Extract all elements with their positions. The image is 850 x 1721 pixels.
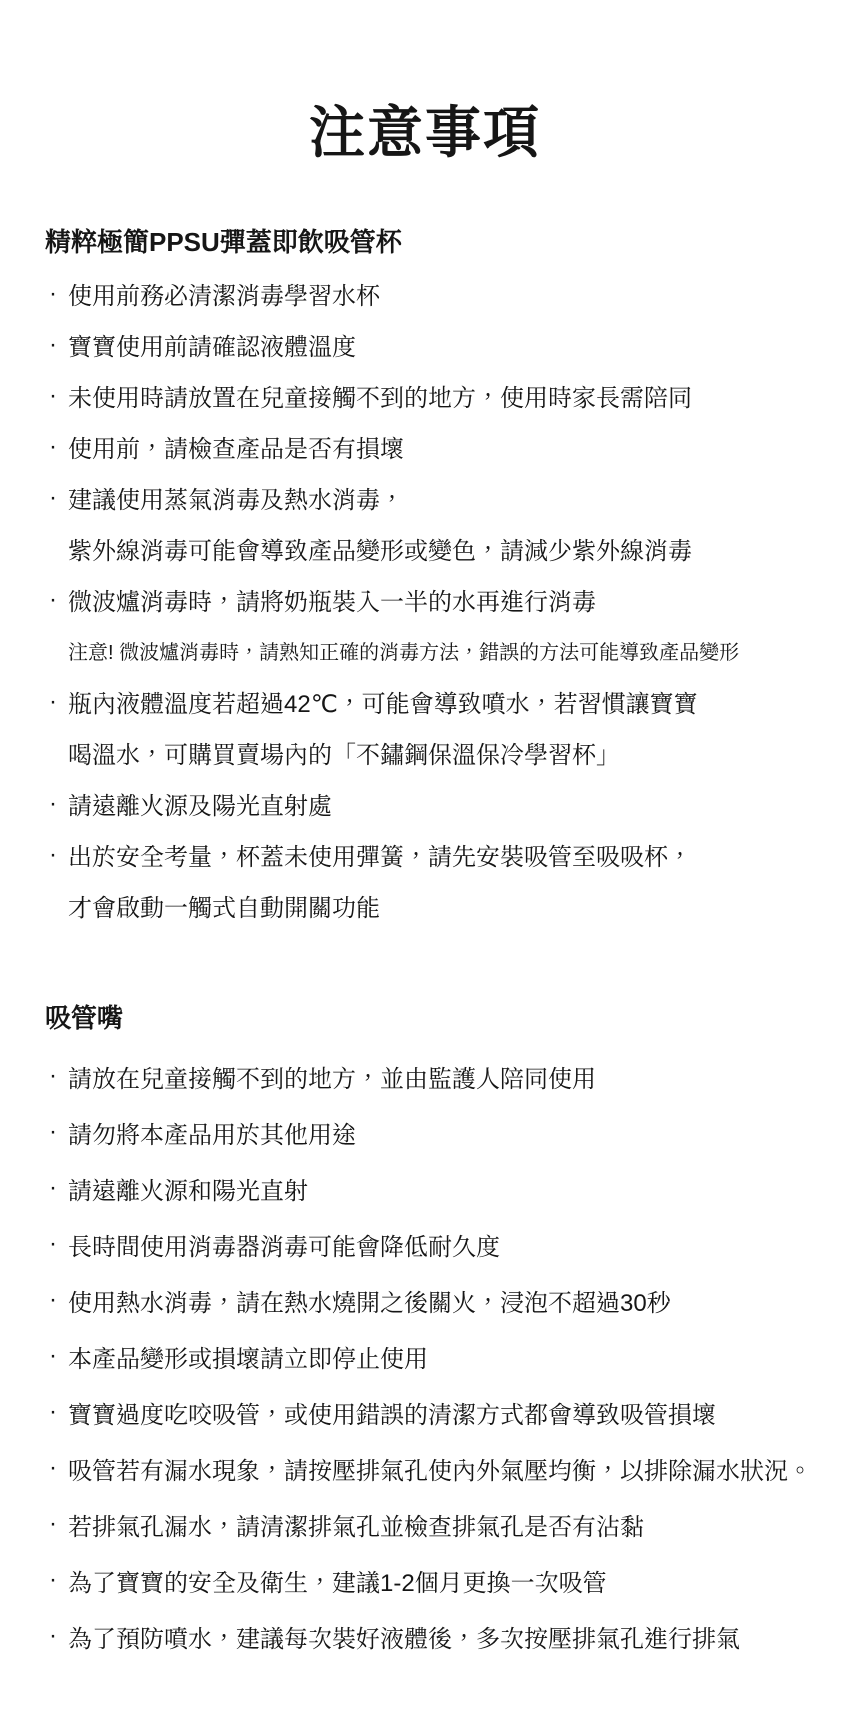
notice-text: 未使用時請放置在兒童接觸不到的地方，使用時家長需陪同 xyxy=(68,378,692,413)
notice-line: · 請勿將本產品用於其他用途 xyxy=(0,1104,850,1160)
notice-text: 寶寶使用前請確認液體溫度 xyxy=(68,327,356,362)
notice-text: 本產品變形或損壞請立即停止使用 xyxy=(68,1339,428,1374)
bullet-dot-icon: · xyxy=(45,1120,68,1144)
notice-line: · 請遠離火源和陽光直射 xyxy=(0,1160,850,1216)
notice-text: 使用熱水消毒，請在熱水燒開之後關火，浸泡不超過30秒 xyxy=(68,1283,671,1318)
notice-line: · 未使用時請放置在兒童接觸不到的地方，使用時家長需陪同 xyxy=(0,370,850,421)
notice-line: · 使用熱水消毒，請在熱水燒開之後關火，浸泡不超過30秒 xyxy=(0,1272,850,1328)
notice-text: 長時間使用消毒器消毒可能會降低耐久度 xyxy=(68,1227,500,1262)
bullet-dot-icon: · xyxy=(45,1232,68,1256)
notice-line: · 微波爐消毒時，請將奶瓶裝入一半的水再進行消毒 xyxy=(0,574,850,625)
sections-container: 精粹極簡PPSU彈蓋即飲吸管杯 · 使用前務必清潔消毒學習水杯 · 寶寶使用前請… xyxy=(0,226,850,1664)
bullet-dot-icon: · xyxy=(45,843,68,867)
notice-text: 請勿將本產品用於其他用途 xyxy=(68,1115,356,1150)
notice-line: · 為了預防噴水，建議每次裝好液體後，多次按壓排氣孔進行排氣 xyxy=(0,1608,850,1664)
notice-line: 喝溫水，可購買賣場內的「不鏽鋼保溫保冷學習杯」 xyxy=(0,727,850,778)
notice-section: 精粹極簡PPSU彈蓋即飲吸管杯 · 使用前務必清潔消毒學習水杯 · 寶寶使用前請… xyxy=(0,226,850,931)
notice-line: · 出於安全考量，杯蓋未使用彈簧，請先安裝吸管至吸吸杯， xyxy=(0,829,850,880)
notice-line: · 使用前，請檢查產品是否有損壞 xyxy=(0,421,850,472)
notice-text: 出於安全考量，杯蓋未使用彈簧，請先安裝吸管至吸吸杯， xyxy=(68,837,692,872)
notice-text: 請放在兒童接觸不到的地方，並由監護人陪同使用 xyxy=(68,1059,596,1094)
bullet-dot-icon: · xyxy=(45,792,68,816)
section-heading: 精粹極簡PPSU彈蓋即飲吸管杯 xyxy=(0,226,850,258)
notice-line: · 請放在兒童接觸不到的地方，並由監護人陪同使用 xyxy=(0,1048,850,1104)
notice-text: 寶寶過度吃咬吸管，或使用錯誤的清潔方式都會導致吸管損壞 xyxy=(68,1395,716,1430)
notice-text: 請遠離火源和陽光直射 xyxy=(68,1171,308,1206)
notice-text: 喝溫水，可購買賣場內的「不鏽鋼保溫保冷學習杯」 xyxy=(68,735,620,770)
bullet-dot-icon: · xyxy=(45,1288,68,1312)
notice-line: · 吸管若有漏水現象，請按壓排氣孔使內外氣壓均衡，以排除漏水狀況。 xyxy=(0,1440,850,1496)
bullet-dot-icon: · xyxy=(45,333,68,357)
notice-text: 為了寶寶的安全及衛生，建議1-2個月更換一次吸管 xyxy=(68,1563,607,1598)
bullet-dot-icon: · xyxy=(45,1176,68,1200)
notice-line: 紫外線消毒可能會導致產品變形或變色，請減少紫外線消毒 xyxy=(0,523,850,574)
bullet-dot-icon: · xyxy=(45,1344,68,1368)
bullet-dot-icon: · xyxy=(45,1400,68,1424)
notice-text: 使用前，請檢查產品是否有損壞 xyxy=(68,429,404,464)
section-rows: · 使用前務必清潔消毒學習水杯 · 寶寶使用前請確認液體溫度 · 未使用時請放置… xyxy=(0,268,850,931)
notice-text: 注意! 微波爐消毒時，請熟知正確的消毒方法，錯誤的方法可能導致產品變形 xyxy=(68,636,739,665)
notice-text: 為了預防噴水，建議每次裝好液體後，多次按壓排氣孔進行排氣 xyxy=(68,1619,740,1654)
notice-text: 瓶內液體溫度若超過42℃，可能會導致噴水，若習慣讓寶寶 xyxy=(68,684,698,719)
bullet-dot-icon: · xyxy=(45,1624,68,1648)
notice-line: · 長時間使用消毒器消毒可能會降低耐久度 xyxy=(0,1216,850,1272)
bullet-dot-icon: · xyxy=(45,1456,68,1480)
bullet-dot-icon: · xyxy=(45,384,68,408)
notice-text: 建議使用蒸氣消毒及熱水消毒， xyxy=(68,480,404,515)
bullet-dot-icon: · xyxy=(45,282,68,306)
notice-line: · 寶寶過度吃咬吸管，或使用錯誤的清潔方式都會導致吸管損壞 xyxy=(0,1384,850,1440)
section-heading: 吸管嘴 xyxy=(0,1002,850,1034)
bullet-dot-icon: · xyxy=(45,588,68,612)
notice-line: · 若排氣孔漏水，請清潔排氣孔並檢查排氣孔是否有沾黏 xyxy=(0,1496,850,1552)
notice-line: · 使用前務必清潔消毒學習水杯 xyxy=(0,268,850,319)
page-title: 注意事項 xyxy=(0,0,850,166)
notice-text: 才會啟動一觸式自動開關功能 xyxy=(68,888,380,923)
notice-line: · 建議使用蒸氣消毒及熱水消毒， xyxy=(0,472,850,523)
notice-line: 注意! 微波爐消毒時，請熟知正確的消毒方法，錯誤的方法可能導致產品變形 xyxy=(0,625,850,676)
notice-text: 紫外線消毒可能會導致產品變形或變色，請減少紫外線消毒 xyxy=(68,531,692,566)
bullet-dot-icon: · xyxy=(45,435,68,459)
notice-line: · 寶寶使用前請確認液體溫度 xyxy=(0,319,850,370)
notice-text: 請遠離火源及陽光直射處 xyxy=(68,786,332,821)
notice-line: · 瓶內液體溫度若超過42℃，可能會導致噴水，若習慣讓寶寶 xyxy=(0,676,850,727)
bullet-dot-icon: · xyxy=(45,1568,68,1592)
notice-line: · 請遠離火源及陽光直射處 xyxy=(0,778,850,829)
bullet-dot-icon: · xyxy=(45,1512,68,1536)
notice-text: 使用前務必清潔消毒學習水杯 xyxy=(68,276,380,311)
notice-line: · 本產品變形或損壞請立即停止使用 xyxy=(0,1328,850,1384)
notice-line: · 為了寶寶的安全及衛生，建議1-2個月更換一次吸管 xyxy=(0,1552,850,1608)
bullet-dot-icon: · xyxy=(45,690,68,714)
notice-text: 吸管若有漏水現象，請按壓排氣孔使內外氣壓均衡，以排除漏水狀況。 xyxy=(68,1451,812,1486)
notice-line: 才會啟動一觸式自動開關功能 xyxy=(0,880,850,931)
notice-text: 若排氣孔漏水，請清潔排氣孔並檢查排氣孔是否有沾黏 xyxy=(68,1507,644,1542)
bullet-dot-icon: · xyxy=(45,1064,68,1088)
section-rows: · 請放在兒童接觸不到的地方，並由監護人陪同使用 · 請勿將本產品用於其他用途 … xyxy=(0,1048,850,1664)
notice-text: 微波爐消毒時，請將奶瓶裝入一半的水再進行消毒 xyxy=(68,582,596,617)
notice-page: 注意事項 精粹極簡PPSU彈蓋即飲吸管杯 · 使用前務必清潔消毒學習水杯 · 寶… xyxy=(0,0,850,1721)
bullet-dot-icon: · xyxy=(45,486,68,510)
notice-section: 吸管嘴 · 請放在兒童接觸不到的地方，並由監護人陪同使用 · 請勿將本產品用於其… xyxy=(0,1002,850,1664)
